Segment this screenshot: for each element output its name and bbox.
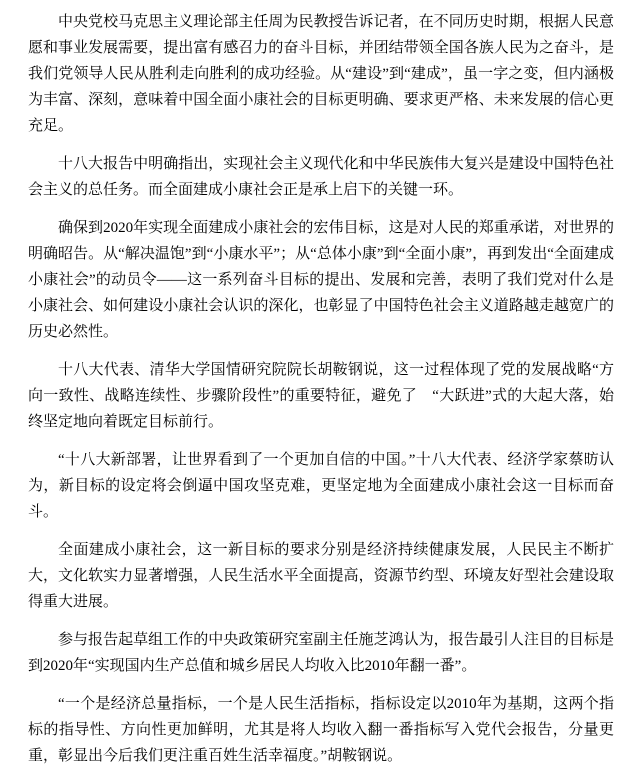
paragraph-intro-experts: 中央党校马克思主义理论部主任周为民教授告诉记者，在不同历史时期，根据人民意愿和事… (28, 9, 614, 139)
paragraph-report-task: 十八大报告中明确指出，实现社会主义现代化和中华民族伟大复兴是建设中国特色社会主义… (28, 151, 614, 203)
paragraph-2020-goal: 确保到2020年实现全面建成小康社会的宏伟目标，这是对人民的郑重承诺，对世界的明… (28, 215, 614, 345)
paragraph-cai-fang-quote: “十八大新部署，让世界看到了一个更加自信的中国。”十八大代表、经济学家蔡昉认为，… (28, 447, 614, 525)
paragraph-shi-zhihong: 参与报告起草组工作的中央政策研究室副主任施芝鸿认为，报告最引人注目的目标是到20… (28, 627, 614, 679)
article-page: 中央党校马克思主义理论部主任周为民教授告诉记者，在不同历史时期，根据人民意愿和事… (0, 0, 640, 773)
paragraph-hu-angang-strategy: 十八大代表、清华大学国情研究院院长胡鞍钢说，这一过程体现了党的发展战略“方向一致… (28, 357, 614, 435)
paragraph-new-goal-requirements: 全面建成小康社会，这一新目标的要求分别是经济持续健康发展，人民民主不断扩大，文化… (28, 537, 614, 615)
paragraph-two-indicators: “一个是经济总量指标，一个是人民生活指标，指标设定以2010年为基期，这两个指标… (28, 691, 614, 769)
